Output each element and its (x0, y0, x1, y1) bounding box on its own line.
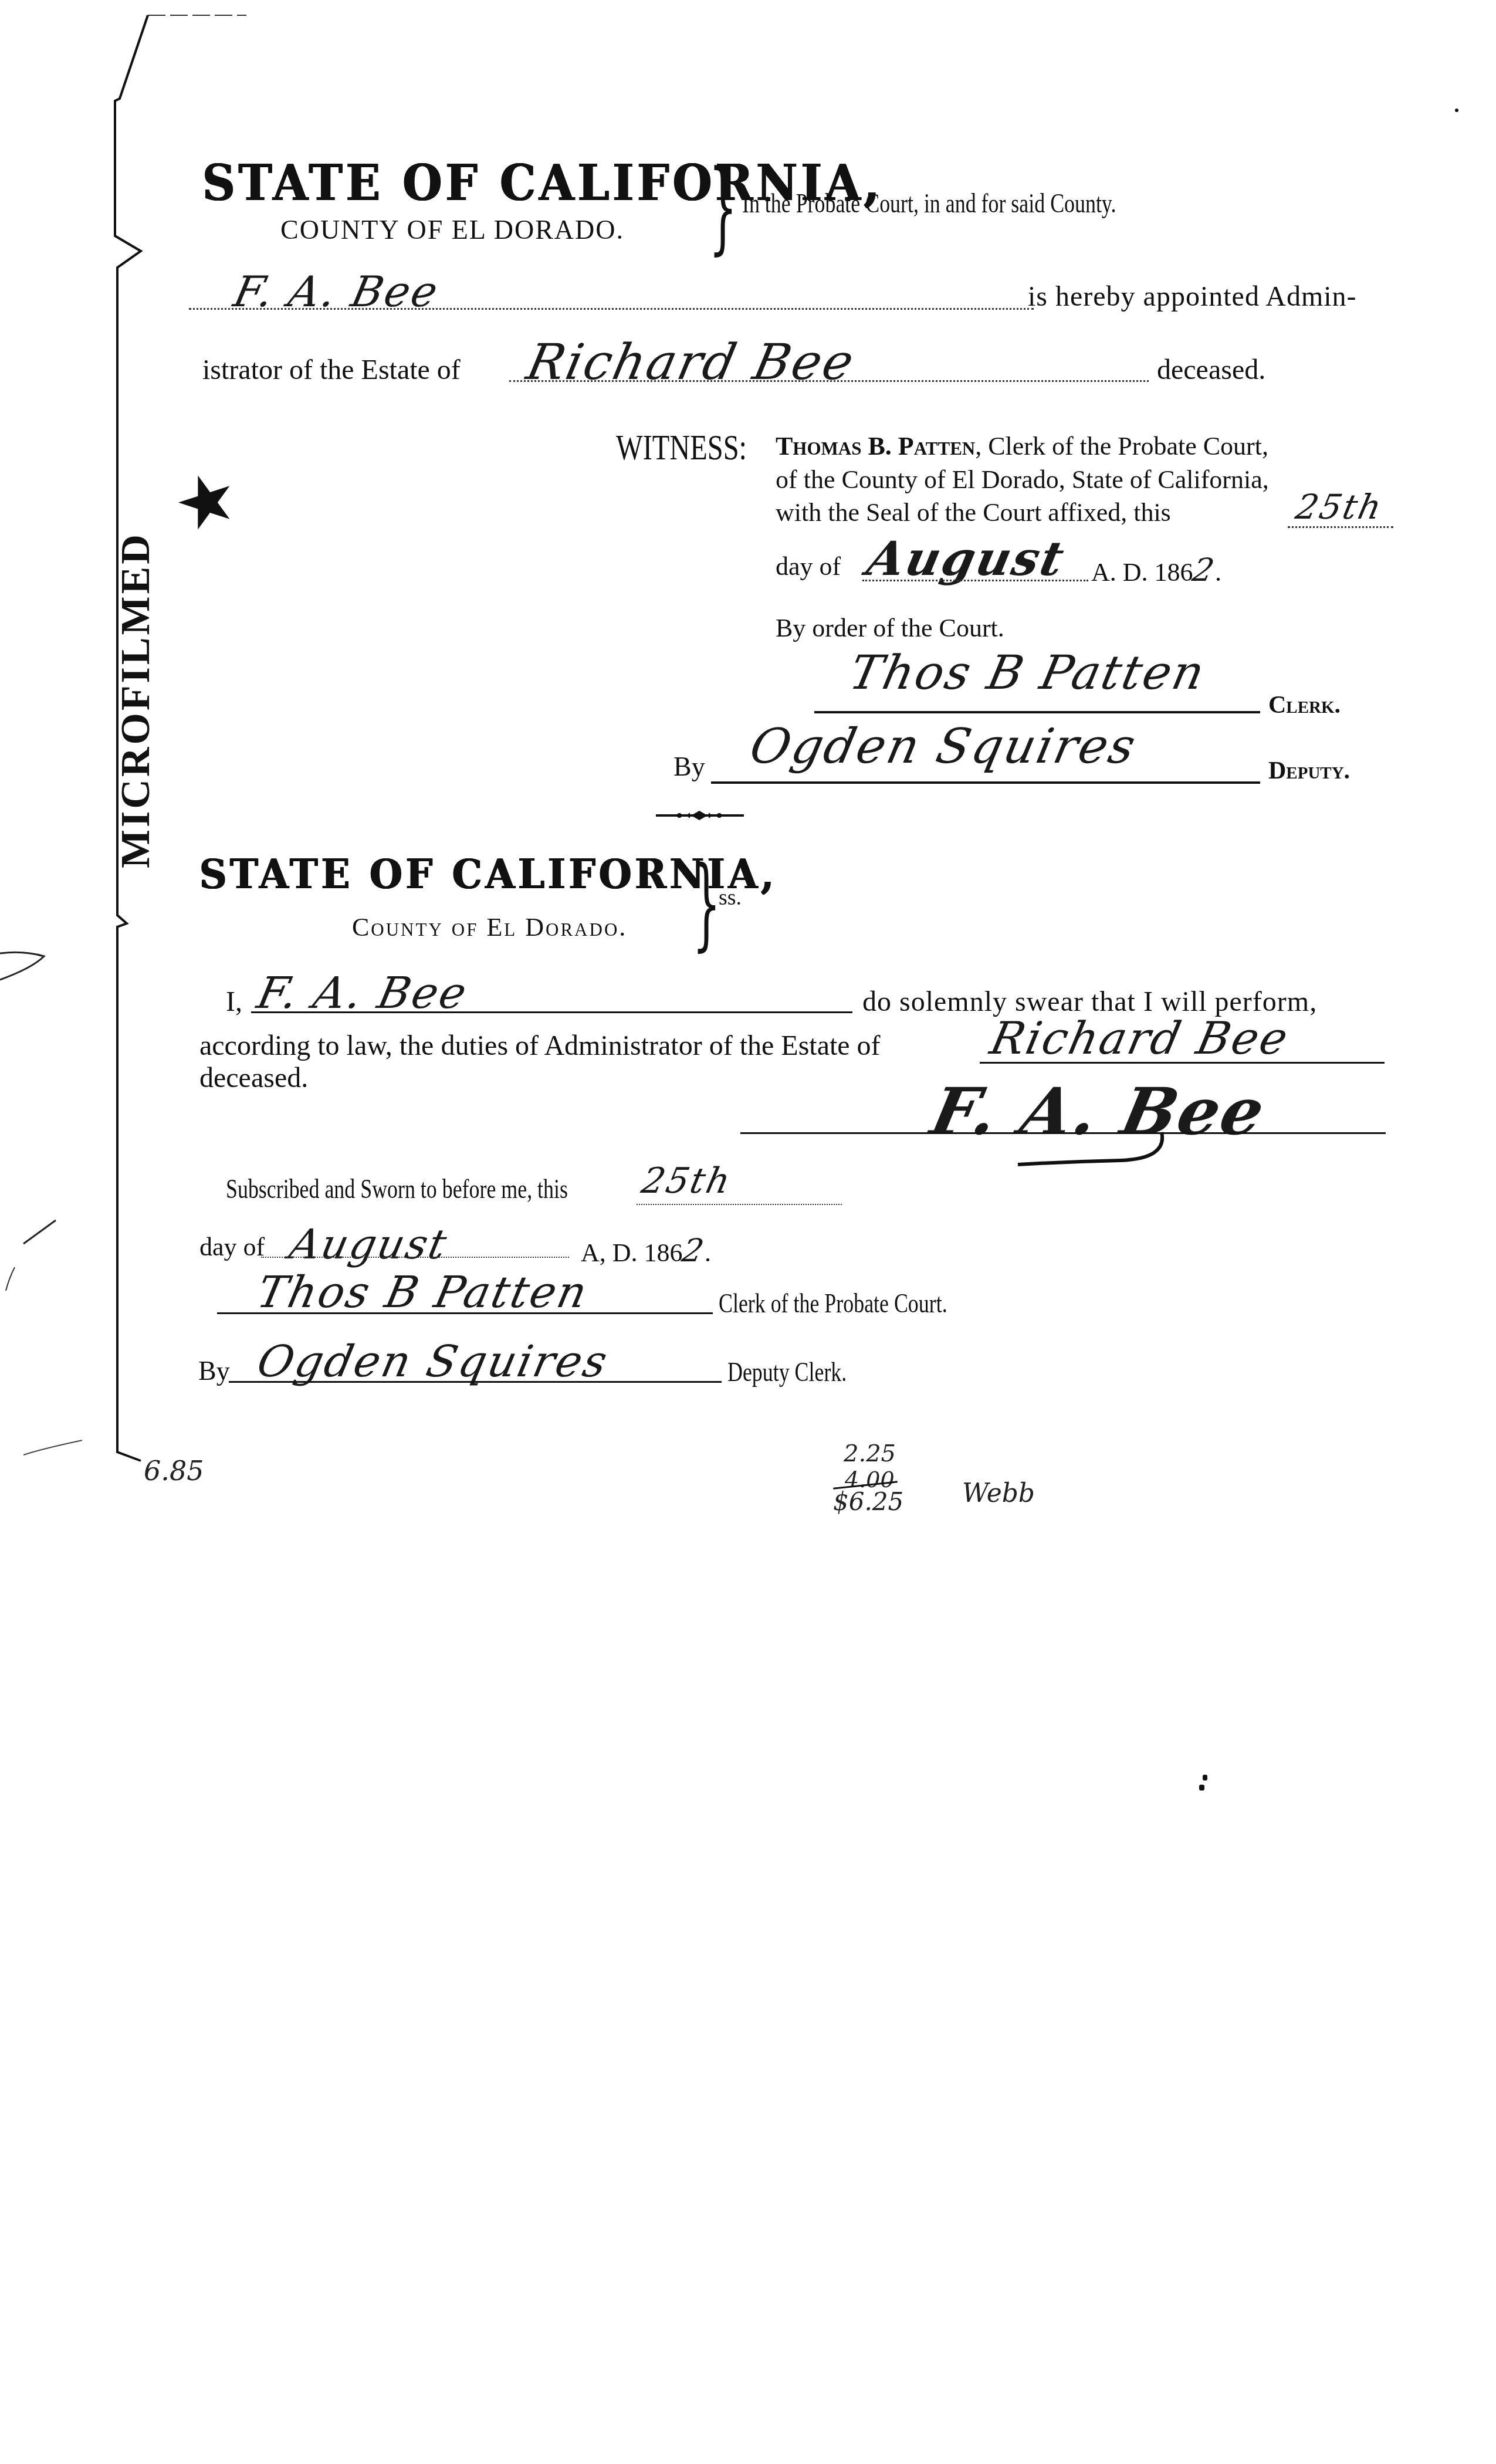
oath-text-2: according to law, the duties of Administ… (199, 1030, 881, 1062)
witness-line-2: of the County of El Dorado, State of Cal… (776, 465, 1269, 495)
witness-ad-text: A. D. 186 (1091, 558, 1193, 587)
witness-line-1: Thomas B. Patten, Clerk of the Probate C… (776, 431, 1268, 461)
deceased-label: deceased. (1157, 354, 1265, 386)
oath-deceased-handwritten: Richard Bee (986, 1012, 1294, 1064)
oath-deputy-label: Deputy Clerk. (727, 1356, 847, 1387)
deputy-signature-line (711, 781, 1260, 784)
witness-line-1-text: , Clerk of the Probate Court, (975, 432, 1268, 461)
witness-label: WITNESS: (616, 427, 747, 469)
witness-ad: A. D. 1862. (1091, 551, 1221, 588)
speck (1203, 1775, 1207, 1781)
by-order-text: By order of the Court. (776, 613, 1004, 643)
fee-tally-total: $6.25 (833, 1487, 903, 1516)
witness-line-3: with the Seal of the Court affixed, this (776, 497, 1171, 527)
speck (1455, 109, 1458, 112)
fee-left: 6.85 (144, 1455, 204, 1487)
oath-deceased-line (980, 1062, 1385, 1064)
clerk-label: Clerk. (1268, 691, 1341, 719)
subscribed-month-line (261, 1257, 569, 1258)
oath-name-line (251, 1011, 852, 1013)
oath-clerk-signature-line (217, 1312, 713, 1314)
subscribed-day-line (637, 1204, 842, 1205)
oath-county-heading: County of El Dorado. (352, 912, 627, 942)
witness-clerk-name: Thomas B. Patten (776, 432, 975, 461)
microfilmed-stamp-text: MICROFILMED (113, 532, 160, 868)
clerk-signature: Thos B Patten (845, 645, 1211, 700)
brace-icon: } (709, 157, 737, 257)
clerk-signature-line (814, 711, 1260, 713)
oath-brace-icon: } (692, 854, 721, 953)
ss-label: ss. (719, 885, 742, 911)
speck (1199, 1785, 1204, 1791)
oath-deputy-by: By (198, 1355, 230, 1386)
oath-deputy-signature-line (229, 1381, 722, 1383)
fee-tally-1: 2.25 (844, 1440, 896, 1467)
subscribed-ad-text: A, D. 186 (581, 1238, 683, 1267)
deputy-signature: Ogden Squires (745, 719, 1142, 774)
county-heading: COUNTY OF EL DORADO. (280, 214, 624, 245)
witness-day-handwritten: 25th (1292, 487, 1387, 527)
subscribed-ad: A, D. 1862. (581, 1232, 711, 1269)
deputy-label: Deputy. (1268, 757, 1350, 785)
subscribed-day-handwritten: 25th (638, 1160, 736, 1201)
oath-clerk-signature: Thos B Patten (253, 1267, 593, 1318)
witness-month-handwritten: August (862, 531, 1070, 586)
oath-deceased-label: deceased. (199, 1062, 308, 1094)
ornamental-divider (656, 810, 744, 821)
oath-clerk-label: Clerk of the Probate Court. (719, 1288, 947, 1319)
subscribed-day-of: day of (199, 1232, 265, 1262)
fee-initials: Webb (962, 1478, 1035, 1508)
affiant-signature-flourish (1015, 1132, 1191, 1167)
appointment-text-2: istrator of the Estate of (202, 354, 461, 386)
subscribed-text: Subscribed and Sworn to before me, this (226, 1173, 568, 1204)
witness-day-of: day of (776, 551, 841, 581)
deputy-by-label: By (673, 751, 705, 782)
deceased-name-handwritten: Richard Bee (522, 333, 861, 391)
appointment-text-1: is hereby appointed Admin- (1028, 280, 1357, 313)
subscribed-month-handwritten: August (285, 1220, 452, 1268)
administrator-name-line (189, 308, 1034, 310)
oath-deputy-signature: Ogden Squires (253, 1336, 613, 1387)
oath-state-heading: STATE OF CALIFORNIA, (199, 849, 777, 898)
oath-prefix: I, (226, 986, 242, 1018)
court-line: In the Probate Court, in and for said Co… (742, 188, 1116, 219)
deceased-name-line (509, 380, 1149, 382)
witness-month-line (862, 580, 1088, 581)
witness-day-line (1288, 526, 1393, 528)
